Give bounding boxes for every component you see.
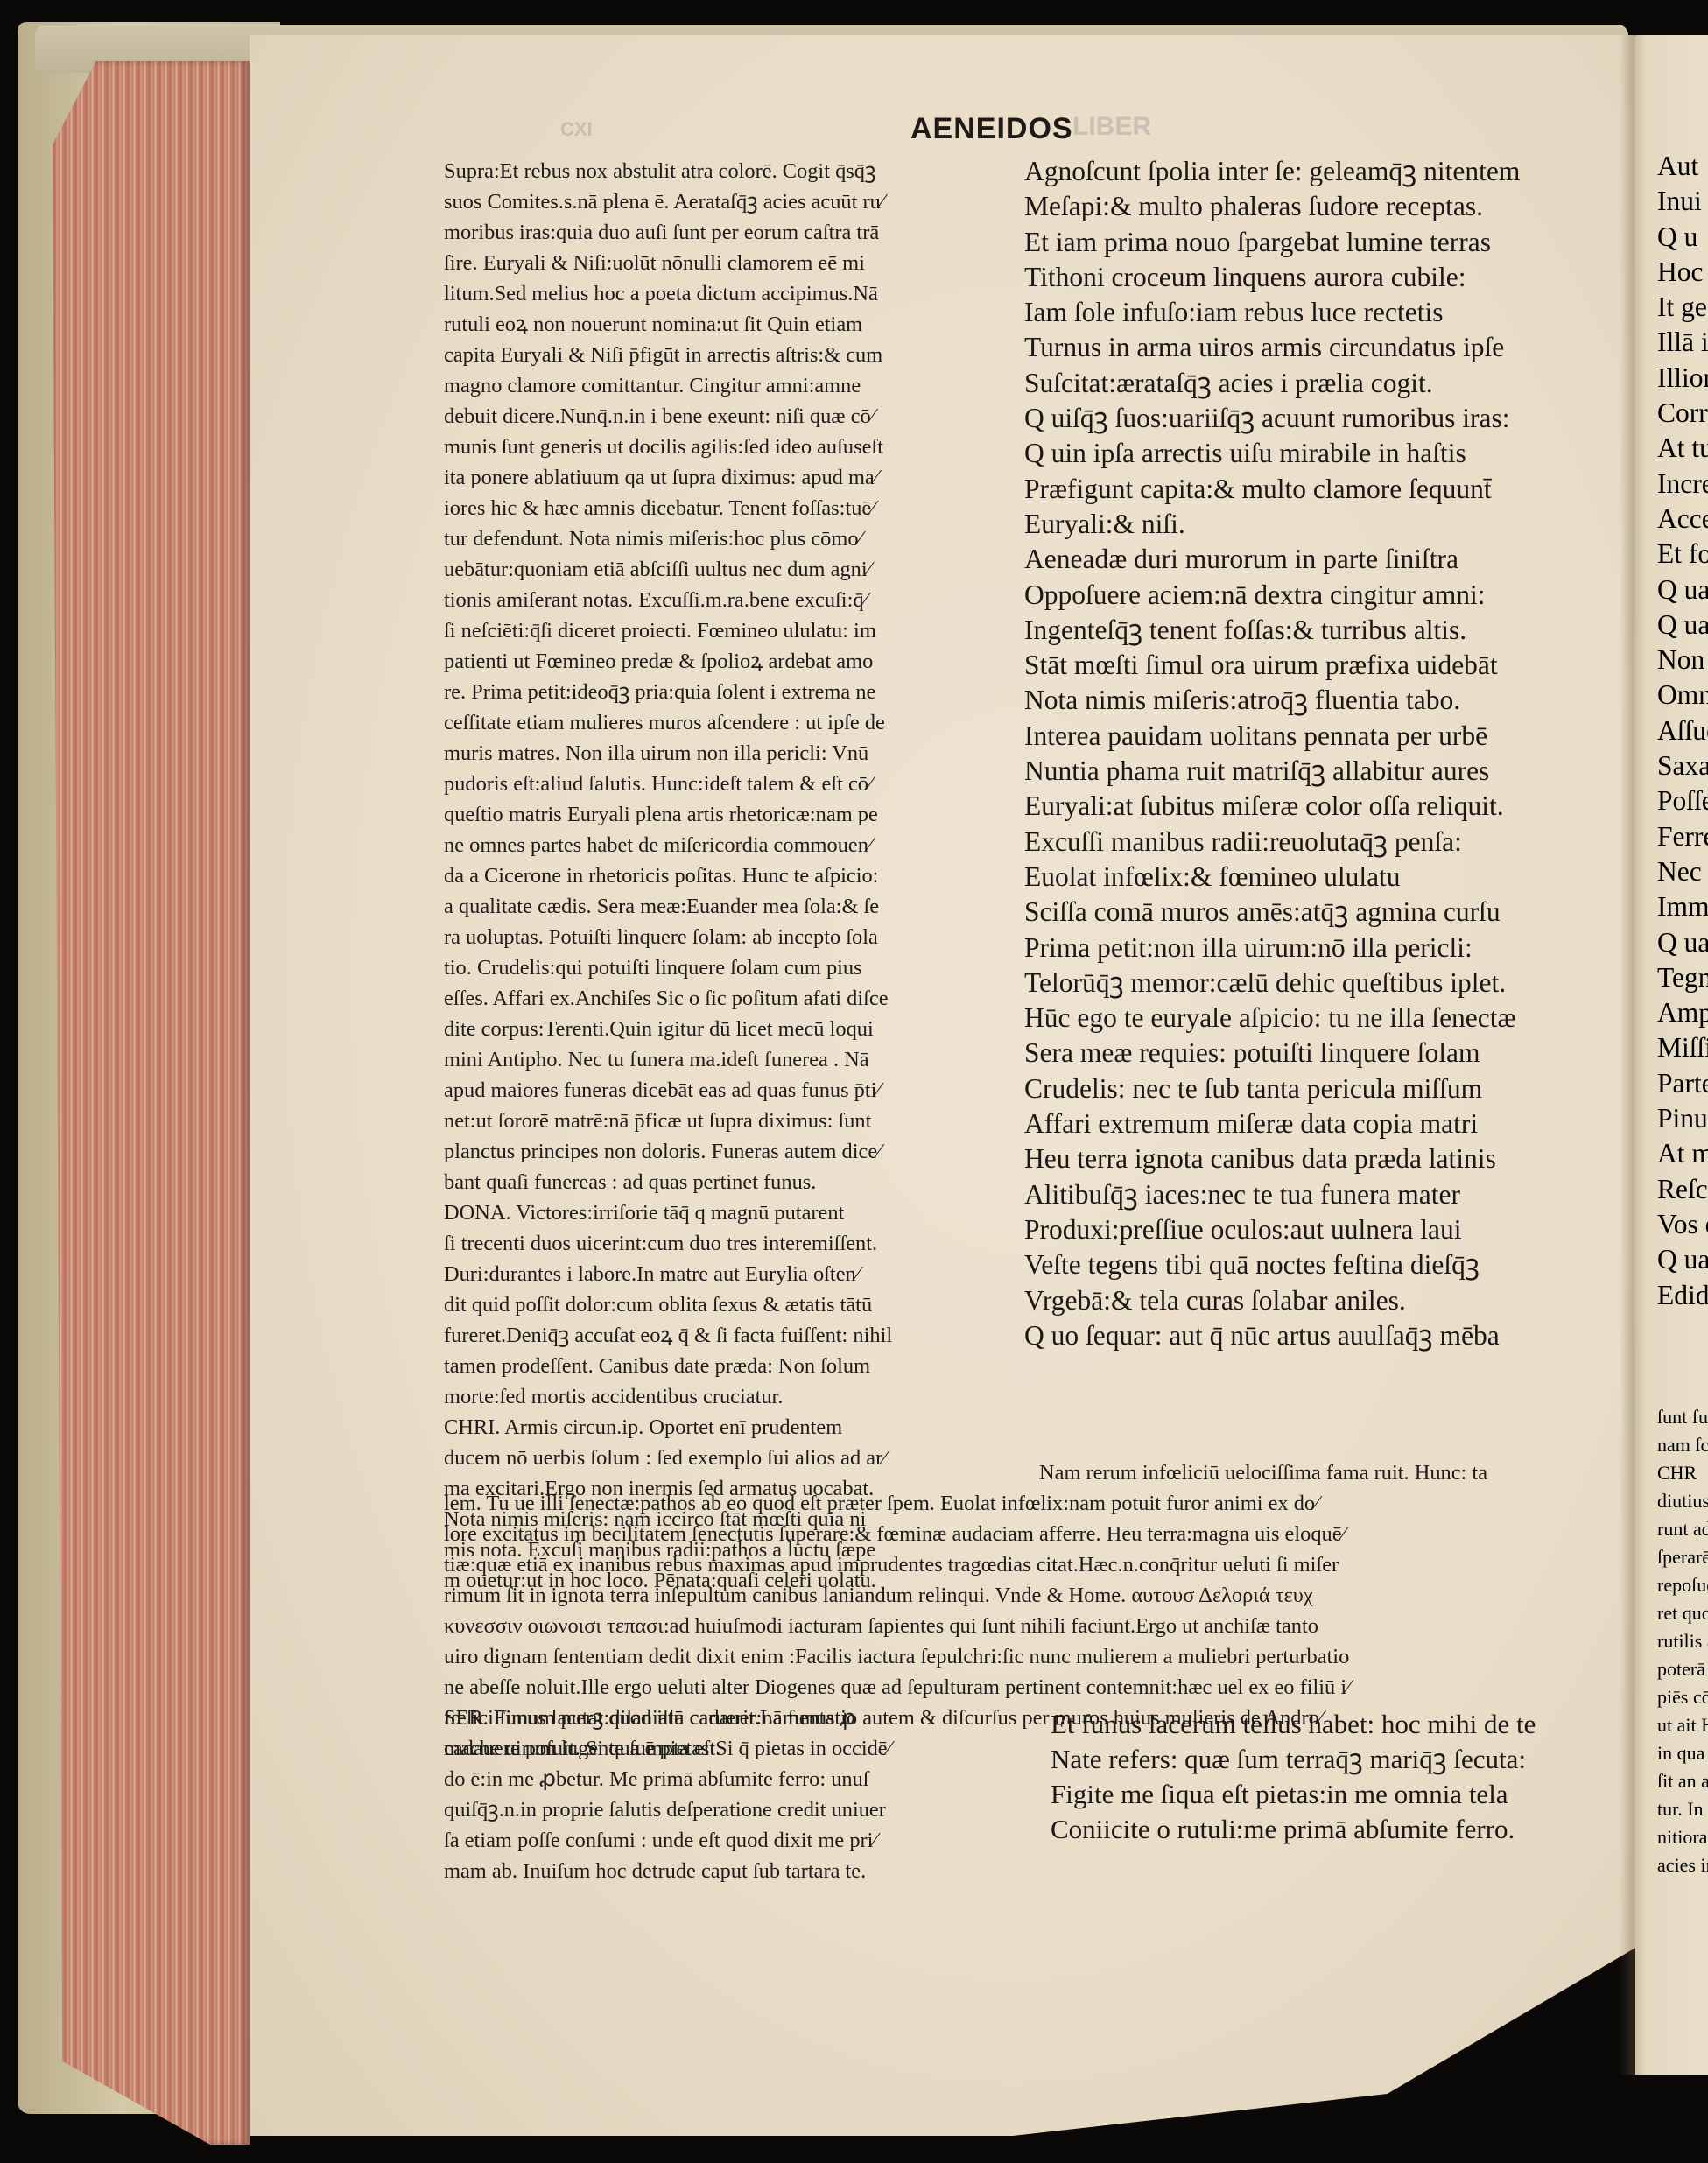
facing-verse-line: Corr: [1657, 396, 1708, 431]
commentary-line: ſi trecenti duos uicerint:cum duo tres i…: [444, 1228, 1030, 1259]
ghost-folio-number: CXI: [560, 118, 593, 141]
verse-column: Agnoſcunt ſpolia inter ſe: geleamq̄ꝫ nit…: [1024, 154, 1620, 1353]
commentary-line: patienti ut Fœmineo predæ & ſpolioꝝ arde…: [444, 646, 1030, 677]
commentary-line: apud maiores funeras dicebāt eas ad quas…: [444, 1075, 1030, 1106]
commentary-line: planctus principes non doloris. Funeras …: [444, 1136, 1030, 1167]
facing-verse-line: Tegn: [1657, 960, 1708, 995]
facing-commentary-line: in qua: [1657, 1739, 1708, 1767]
commentary-line: net:ut ſororē matrē:nā p̄ficæ ut ſupra d…: [444, 1106, 1030, 1136]
verse-line: Nota nimis miſeris:atroq̄ꝫ fluentia tabo…: [1024, 683, 1620, 718]
facing-verse-line: Hoc: [1657, 255, 1708, 290]
facing-verse-line: At tu: [1657, 431, 1708, 466]
verse-line: Nuntia phama ruit matriſq̄ꝫ allabitur au…: [1024, 754, 1620, 789]
commentary-line: mam ab. Inuiſum hoc detrude caput ſub ta…: [444, 1856, 1039, 1886]
facing-commentary-line: repoſue: [1657, 1571, 1708, 1599]
verse-line: Suſcitat:ærataſq̄ꝫ acies i prælia cogit.: [1024, 366, 1620, 401]
facing-commentary-line: ſit an ac: [1657, 1767, 1708, 1795]
facing-verse-line: Saxa: [1657, 748, 1708, 783]
commentary-line: SER. Funus lacerꝫ:dilaniatū cadauer:nā f…: [444, 1703, 1039, 1733]
verse-line: Interea pauidam uolitans pennata per urb…: [1024, 719, 1620, 754]
facing-commentary-line: ſperarē: [1657, 1543, 1708, 1571]
facing-verse-line: Reſci: [1657, 1172, 1708, 1207]
commentary-line: lem. Tu ue illi ſenectæ:pathos ab eo quo…: [444, 1488, 1617, 1519]
verse-line: Excuſſi manibus radii:reuolutaq̄ꝫ penſa:: [1024, 825, 1620, 860]
ghost-header: LIBER: [1072, 112, 1151, 142]
verse-line: Produxi:preſſiue oculos:aut uulnera laui: [1024, 1212, 1620, 1247]
commentary-line: tamen prodeſſent. Canibus date præda: No…: [444, 1351, 1030, 1381]
facing-commentary-line: runt ad: [1657, 1515, 1708, 1543]
facing-verse-line: Incre: [1657, 467, 1708, 502]
facing-verse-line: Non: [1657, 643, 1708, 678]
facing-commentary-fragments: ſunt funam ſca CHRdiutiusrunt adſperarēr…: [1657, 1403, 1708, 1879]
commentary-line: re. Prima petit:ideoq̄ꝫ pria:quia ſolent…: [444, 677, 1030, 707]
verse-line: Q uiſq̄ꝫ ſuos:uariiſq̄ꝫ acuunt rumoribus…: [1024, 401, 1620, 436]
verse-line: Turnus in arma uiros armis circundatus i…: [1024, 330, 1620, 365]
facing-page: AutInuiQ uHocIt geIllā iIllionCorrAt tuI…: [1635, 35, 1708, 2075]
verse-line: Euryali:& niſi.: [1024, 507, 1620, 542]
commentary-line: ne abeſſe noluit.Ille ergo ueluti alter …: [444, 1672, 1617, 1703]
facing-commentary-line: acies in: [1657, 1851, 1708, 1879]
commentary-line: DONA. Victores:irriſorie tāq̄ q magnū pu…: [444, 1197, 1030, 1228]
facing-commentary-line: tur. In: [1657, 1795, 1708, 1823]
verse-line: Coniicite o rutuli:me primā abſumite fer…: [1051, 1812, 1620, 1847]
facing-commentary-line: nam ſca: [1657, 1431, 1708, 1459]
verse-line: Tithoni croceum linquens aurora cubile:: [1024, 260, 1620, 295]
verse-line: Et funus lacerum tellus habet: hoc mihi …: [1051, 1707, 1620, 1742]
commentary-line: pudoris eſt:aliud ſalutis. Hunc:ideſt ta…: [444, 769, 1030, 799]
facing-verse-line: Imma: [1657, 889, 1708, 924]
commentary-line: tio. Crudelis:qui potuiſti linquere ſola…: [444, 952, 1030, 983]
facing-verse-line: Illā i: [1657, 325, 1708, 360]
commentary-line: dit quid poſſit dolor:cum oblita ſexus &…: [444, 1289, 1030, 1320]
facing-commentary-line: ut ait H: [1657, 1711, 1708, 1739]
commentary-line: ne omnes partes habet de miſericordia co…: [444, 830, 1030, 860]
facing-verse-line: Nec i: [1657, 854, 1708, 889]
facing-verse-line: Aut: [1657, 149, 1708, 184]
commentary-line: lore excitatus im becilitatem ſenectutis…: [444, 1519, 1617, 1549]
commentary-line: Duri:durantes i labore.In matre aut Eury…: [444, 1259, 1030, 1289]
verse-line: Heu terra ignota canibus data præda lati…: [1024, 1141, 1620, 1176]
verse-line: Telorūq̄ꝫ memor:cælū dehic queſtibus ipl…: [1024, 966, 1620, 1001]
facing-commentary-line: nitiora: [1657, 1823, 1708, 1851]
commentary-line: iores hic & hæc amnis dicebatur. Tenent …: [444, 493, 1030, 523]
facing-verse-line: It ge: [1657, 290, 1708, 325]
verse-line: Q uin ipſa arrectis uiſu mirabile in haſ…: [1024, 436, 1620, 471]
commentary-line: tiæ:quæ etiā ex inanibus rebus maximas a…: [444, 1549, 1617, 1580]
red-fore-edge: [53, 61, 250, 2145]
verse-bottom-block: Et funus lacerum tellus habet: hoc mihi …: [1051, 1707, 1620, 1847]
commentary-line: CHRI. Armis circun.ip. Oportet enī prude…: [444, 1412, 1030, 1443]
verse-line: Figite me ſiqua eſt pietas:in me omnia t…: [1051, 1777, 1620, 1812]
facing-commentary-line: ret quo: [1657, 1599, 1708, 1627]
commentary-line: a qualitate cædis. Sera meæ:Euander mea …: [444, 891, 1030, 922]
facing-verse-line: Aſſue: [1657, 713, 1708, 748]
commentary-line: ſa etiam poſſe conſumi : unde eſt quod d…: [444, 1825, 1039, 1856]
verse-line: Sera meæ requies: potuiſti linquere ſola…: [1024, 1036, 1620, 1071]
facing-verse-line: Miſſi: [1657, 1030, 1708, 1065]
commentary-line: munis ſunt generis ut docilis agilis:ſed…: [444, 432, 1030, 462]
verse-line: Stāt mœſti ſimul ora uirum præfixa uideb…: [1024, 648, 1620, 683]
commentary-line: ſire. Euryali & Niſi:uolūt nōnulli clamo…: [444, 248, 1030, 278]
verse-line: Agnoſcunt ſpolia inter ſe: geleamq̄ꝫ nit…: [1024, 154, 1620, 189]
facing-verse-line: Q ua: [1657, 1242, 1708, 1277]
facing-commentary-line: ſunt fu: [1657, 1403, 1708, 1431]
verse-line: Aeneadæ duri murorum in parte ſiniſtra: [1024, 542, 1620, 577]
facing-commentary-line: poterā: [1657, 1655, 1708, 1683]
commentary-line: fureret.Deniq̄ꝫ accuſat eoꝝ q̄ & ſi fact…: [444, 1320, 1030, 1351]
verse-line: Affari extremum miſeræ data copia matri: [1024, 1106, 1620, 1141]
commentary-line: ra uoluptas. Potuiſti linquere ſolam: ab…: [444, 922, 1030, 952]
facing-verse-line: Q ua: [1657, 925, 1708, 960]
facing-verse-line: Et foſ: [1657, 537, 1708, 572]
verse-line: Vrgebā:& tela curas ſolabar aniles.: [1024, 1283, 1620, 1318]
verse-line: Veſte tegens tibi quā noctes feſtina die…: [1024, 1247, 1620, 1282]
verse-line: Q uo ſequar: aut q̄ nūc artus auulſaq̄ꝫ …: [1024, 1318, 1620, 1353]
commentary-line: ita ponere ablatiuum qa ut ſupra diximus…: [444, 462, 1030, 493]
verse-line: Ingenteſq̄ꝫ tenent foſſas:& turribus alt…: [1024, 613, 1620, 648]
verse-line: Præfigunt capita:& multo clamore ſequunt…: [1024, 472, 1620, 507]
commentary-line: debuit dicere.Nunq̄.n.in i bene exeunt: …: [444, 401, 1030, 432]
commentary-line: dite corpus:Terenti.Quin igitur dū licet…: [444, 1014, 1030, 1044]
facing-verse-line: Illion: [1657, 361, 1708, 396]
facing-verse-line: Parte: [1657, 1066, 1708, 1101]
commentary-line: rutuli eoꝝ non nouerunt nomina:ut ſit Qu…: [444, 309, 1030, 340]
commentary-line: quiſq̄ꝫ.n.in proprie ſalutis deſperation…: [444, 1794, 1039, 1825]
commentary-line: ſi neſciēti:q̄ſi diceret proiecti. Fœmin…: [444, 615, 1030, 646]
commentary-bottom-block: SER. Funus lacerꝫ:dilaniatū cadauer:nā f…: [444, 1703, 1039, 1886]
verse-line: Prima petit:non illa uirum:nō illa peric…: [1024, 931, 1620, 966]
commentary-line: κυνεσσιν οιωνοισι τεπασι:ad huiuſmodi ia…: [444, 1611, 1617, 1641]
verse-line: Euolat infœlix:& fœmineo ululatu: [1024, 860, 1620, 895]
commentary-line: bant quaſi funereas : ad quas pertinet f…: [444, 1167, 1030, 1197]
commentary-line: uebātur:quoniam etiā abſciſſi uultus nec…: [444, 554, 1030, 585]
facing-verse-line: Accel: [1657, 502, 1708, 537]
facing-verse-line: Pinur: [1657, 1101, 1708, 1136]
commentary-line: eſſes. Affari ex.Anchiſes Sic o ſic poſi…: [444, 983, 1030, 1014]
running-head: AENEIDOS: [910, 112, 1073, 146]
verse-line: Hūc ego te euryale aſpicio: tu ne illa ſ…: [1024, 1001, 1620, 1036]
facing-verse-line: Amp: [1657, 995, 1708, 1030]
facing-verse-fragments: AutInuiQ uHocIt geIllā iIllionCorrAt tuI…: [1657, 149, 1708, 1313]
facing-verse-line: Q u: [1657, 220, 1708, 255]
commentary-line: magno clamore comittantur. Cingitur amni…: [444, 370, 1030, 401]
verse-line: Et iam prima nouo ſpargebat lumine terra…: [1024, 225, 1620, 260]
commentary-line: rimum ſit in ignota terra inſepultum can…: [444, 1580, 1617, 1611]
commentary-line: Supra:Et rebus nox abstulit atra colorē.…: [444, 156, 1030, 186]
commentary-line: uiro dignam ſententiam dedit dixit enim …: [444, 1641, 1617, 1672]
commentary-line: ceſſitate etiam mulieres muros aſcendere…: [444, 707, 1030, 738]
commentary-line: litum.Sed melius hoc a poeta dictum acci…: [444, 278, 1030, 309]
commentary-line: capita Euryali & Niſi p̄figūt in arrecti…: [444, 340, 1030, 370]
verse-line: Oppoſuere aciem:nā dextra cingitur amni:: [1024, 578, 1620, 613]
facing-verse-line: Edidd: [1657, 1278, 1708, 1313]
commentary-line: cadauere poſuit. Si qua ē pietas:Si q̄ p…: [444, 1733, 1039, 1764]
facing-verse-line: Inui: [1657, 184, 1708, 219]
facing-verse-line: Vos o: [1657, 1207, 1708, 1242]
verse-line: Nate refers: quæ ſum terraq̄ꝫ mariq̄ꝫ ſe…: [1051, 1742, 1620, 1777]
facing-verse-line: Poſſe: [1657, 783, 1708, 818]
verse-line: Crudelis: nec te ſub tanta pericula miſſ…: [1024, 1071, 1620, 1106]
verse-line: Euryali:at ſubitus miſeræ color oſſa rel…: [1024, 789, 1620, 824]
facing-verse-line: At me: [1657, 1136, 1708, 1171]
commentary-line: morte:ſed mortis accidentibus cruciatur.: [444, 1381, 1030, 1412]
facing-verse-line: Omn: [1657, 678, 1708, 713]
facing-commentary-line: diutius: [1657, 1487, 1708, 1515]
facing-commentary-line: piēs cō: [1657, 1683, 1708, 1711]
commentary-line: ducem nō uerbis ſolum : ſed exemplo ſui …: [444, 1443, 1030, 1473]
commentary-line: mini Antipho. Nec tu funera ma.ideſt fun…: [444, 1044, 1030, 1075]
commentary-line: suos Comites.s.nā plena ē. Aerataſq̄ꝫ ac…: [444, 186, 1030, 217]
facing-commentary-line: CHR: [1657, 1459, 1708, 1487]
commentary-line: tur defendunt. Nota nimis miſeris:hoc pl…: [444, 523, 1030, 554]
commentary-line: Nam rerum infœliciū uelociſſima fama rui…: [1039, 1457, 1617, 1488]
facing-verse-line: Q ua: [1657, 572, 1708, 607]
verse-line: Meſapi:& multo phaleras ſudore receptas.: [1024, 189, 1620, 224]
facing-verse-line: Ferre: [1657, 819, 1708, 854]
facing-commentary-line: rutilis a: [1657, 1627, 1708, 1655]
commentary-line: moribus iras:quia duo auſi ſunt per eoru…: [444, 217, 1030, 248]
commentary-line: do ē:in me ꝓbetur. Me primā abſumite fer…: [444, 1764, 1039, 1794]
commentary-line: tionis amiſerant notas. Excuſſi.m.ra.ben…: [444, 585, 1030, 615]
commentary-line: muris matres. Non illa uirum non illa pe…: [444, 738, 1030, 769]
verse-line: Iam ſole infuſo:iam rebus luce rectetis: [1024, 295, 1620, 330]
verse-line: Sciſſa comā muros amēs:atq̄ꝫ agmina curſ…: [1024, 895, 1620, 930]
facing-verse-line: Q ua: [1657, 607, 1708, 643]
commentary-line: queſtio matris Euryali plena artis rheto…: [444, 799, 1030, 830]
commentary-column: Supra:Et rebus nox abstulit atra colorē.…: [444, 156, 1030, 1596]
verse-line: Alitibuſq̄ꝫ iaces:nec te tua funera mate…: [1024, 1177, 1620, 1212]
commentary-line: da a Cicerone in rhetoricis poſitas. Hun…: [444, 860, 1030, 891]
